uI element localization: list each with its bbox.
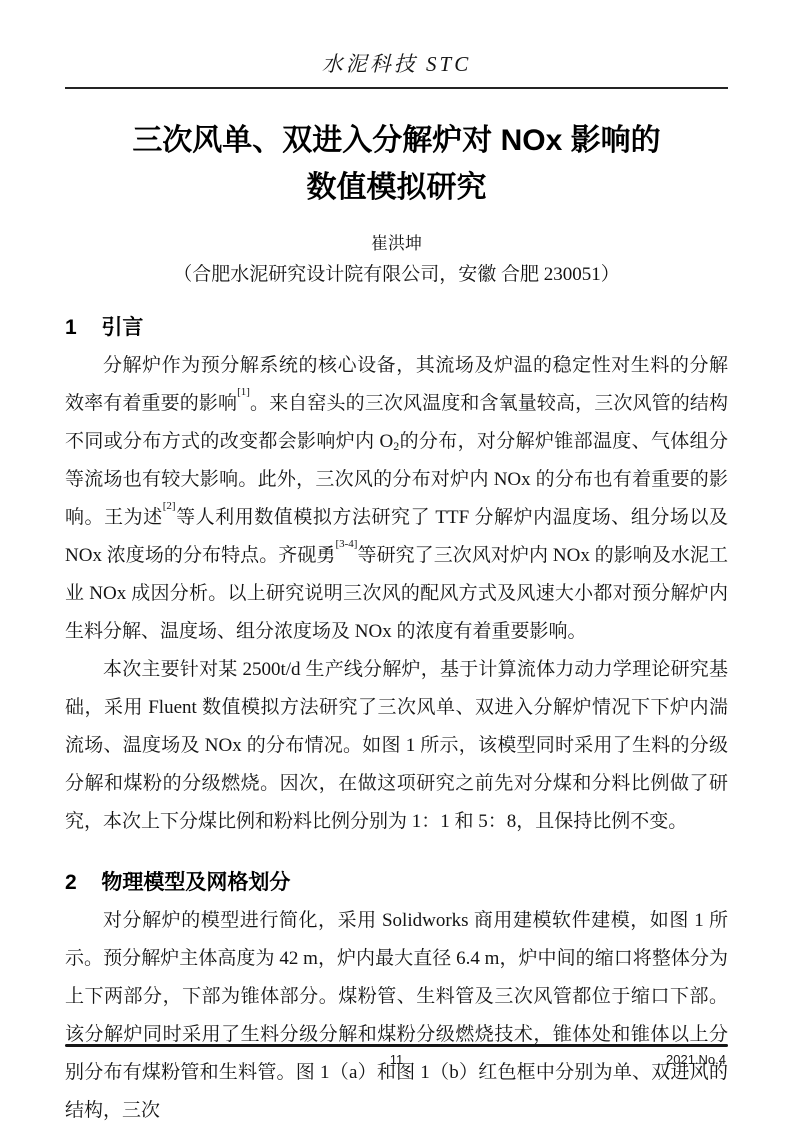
affiliation: （合肥水泥研究设计院有限公司，安徽 合肥 230051） (65, 259, 728, 286)
citation-ref: [3-4] (335, 538, 357, 550)
paragraph: 本次主要针对某 2500t/d 生产线分解炉，基于计算流体力动力学理论研究基础，… (65, 651, 728, 841)
header-rule (65, 87, 728, 89)
section-introduction: 1 引言 分解炉作为预分解系统的核心设备，其流场及炉温的稳定性对生料的分解效率有… (65, 311, 728, 841)
article-title: 三次风单、双进入分解炉对 NOx 影响的 数值模拟研究 (65, 117, 728, 211)
journal-title: 水泥科技 STC (65, 0, 728, 78)
page-number: 11 (390, 1052, 404, 1067)
footer-row: 11 2021.No.4 (65, 1052, 728, 1068)
page-header: 水泥科技 STC (65, 0, 728, 89)
article-title-line1: 三次风单、双进入分解炉对 NOx 影响的 (65, 117, 728, 164)
section-heading-1: 1 引言 (65, 311, 728, 341)
article-title-line2: 数值模拟研究 (65, 164, 728, 211)
page-footer: 11 2021.No.4 (65, 1044, 728, 1068)
author-name: 崔洪坤 (65, 229, 728, 254)
section-number: 2 (65, 871, 77, 894)
issue-label: 2021.No.4 (666, 1052, 726, 1067)
text-run: 对分解炉的模型进行简化，采用 Solidworks 商用建模软件建模，如图 1 … (65, 910, 728, 1121)
text-run: 本次主要针对某 2500t/d 生产线分解炉，基于计算流体力动力学理论研究基础，… (65, 659, 728, 832)
citation-ref: [2] (163, 500, 176, 512)
citation-ref: [1] (237, 386, 250, 398)
paragraph: 对分解炉的模型进行简化，采用 Solidworks 商用建模软件建模，如图 1 … (65, 902, 728, 1122)
subscript: 2 (393, 439, 399, 453)
paper-page: 水泥科技 STC 三次风单、双进入分解炉对 NOx 影响的 数值模拟研究 崔洪坤… (0, 0, 793, 1122)
section-physical-model: 2 物理模型及网格划分 对分解炉的模型进行简化，采用 Solidworks 商用… (65, 866, 728, 1122)
section-heading-2: 2 物理模型及网格划分 (65, 866, 728, 896)
section-title: 引言 (101, 316, 143, 339)
section-title: 物理模型及网格划分 (101, 871, 290, 894)
paragraph: 分解炉作为预分解系统的核心设备，其流场及炉温的稳定性对生料的分解效率有着重要的影… (65, 347, 728, 651)
section-number: 1 (65, 316, 77, 339)
footer-rule (65, 1044, 728, 1047)
